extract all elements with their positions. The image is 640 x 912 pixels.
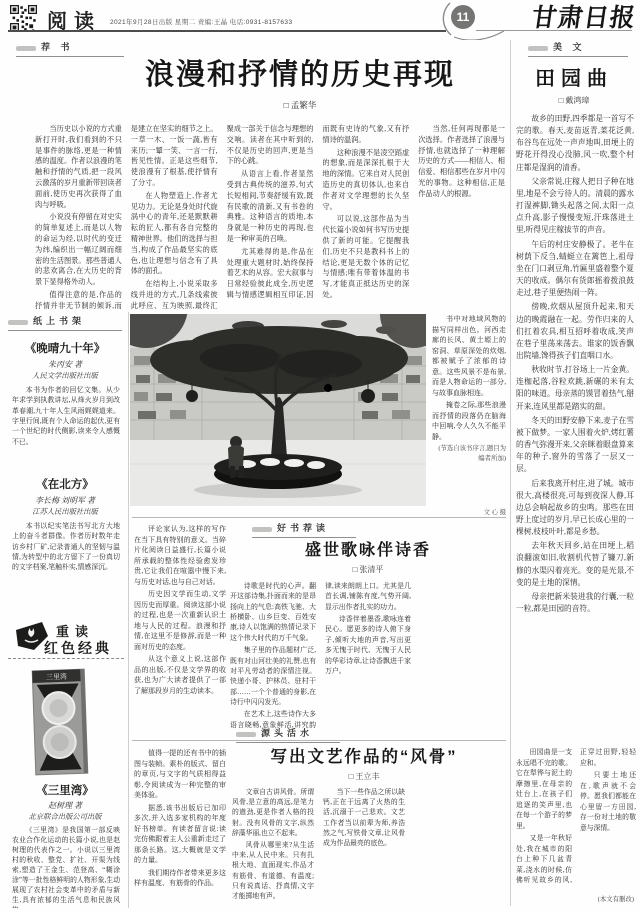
paragraph: 据悉,该书出版后已加印多次,并入选多家机构的年度好书榜单。有读者留言说:读完仿佛… [134,803,226,866]
label-dash [8,320,28,325]
paragraph: 当然,任何再现都是一次选择。作者选择了浪漫与抒情,也就选择了一种理解历史的方式—… [418,124,505,200]
book2-author: 李长梅 刘明军 著 [8,495,122,506]
excerpt-note: (节选自该书序言,题目为编者所加) [432,444,506,463]
book2-desc-text: 本书以纪实笔法书写北方大地上的奋斗者群像。作者历时数年走访乡村厂矿,记录普通人的… [12,522,120,574]
book2-publisher: 江苏人民出版社出版 [8,507,122,517]
left-rail-divider [128,312,129,908]
main-byline: □ 孟繁华 [120,99,480,111]
paragraph: 小说没有停留在对史实的简单复述上,而是以人物的命运为经,以时代的变迁为纬,编织出… [35,212,122,288]
book1-publisher: 人民文学出版社出版 [8,371,122,381]
section-label-yuantou: 源头活水 [236,726,340,743]
book1-author: 朱丙安 著 [8,359,122,370]
paragraph: 诗香伴着墨香,歌咏连着民心。愿更多的诗人俯下身子,倾听大地的声音,写出更多无愧于… [325,615,411,677]
page-number-badge: 11 [451,5,475,29]
paragraph: 只要土地还在,歌声就不会停。愿我们都能在心里留一方田园,存一份对土地的敬意与深情… [580,771,636,834]
main-article-body: 当历史以小说的方式重新打开时,我们看到的不只是事件的脉络,更是一种情感的温度。作… [35,124,505,312]
fenggu-body: 文章自古讲风骨。所谓风骨,是立意的高远,是笔力的遒劲,更是作者人格的投射。没有风… [232,788,496,906]
paragraph: 掩卷之际,那些浪漫而抒情的段落仍在脑海中回响,令人久久不能平静。 [432,400,506,442]
paragraph: 去年秋天回乡,站在田埂上,稻浪翻滚如旧,收割机代替了镰刀,新修的水渠闪着亮光。变… [516,540,634,589]
label-dash [236,732,256,737]
red-classic-label-2: 红色经典 [44,638,112,658]
paragraph: 父亲常说,庄稼人把日子种在地里,地是不会亏待人的。清晨的露水打湿裤脚,锄头起落之… [516,176,634,237]
label-text: 好书荐读 [277,521,329,534]
book2-desc: 本书以纪实笔法书写北方大地上的奋斗者群像。作者历时数年走访乡村厂矿,记录普通人的… [12,522,120,614]
paragraph: 故乡的田野,四季都是一首写不完的歌。春天,麦苗返青,菜花泛黄,布谷鸟在远处一声声… [516,113,634,174]
paragraph: 评论家认为,这样的写作在当下具有特别的意义。当碎片化阅读日益盛行,长篇小说所承载… [134,524,226,587]
red-classic-desc-text: 《三里湾》是我国第一部反映农业合作化运动的长篇小说,也是赵树理的代表作之一。小说… [12,826,120,908]
main-article-cont-col: 值得一提的还有书中的插图与装帧。素朴的版式、留白的章页,与文字的气质相得益彰,令… [134,748,226,906]
paragraph: 这种浪漫不是凌空蹈虚的想象,而是深深扎根于大地的深情。它来自对人民创造历史的真切… [322,148,409,213]
paragraph: 秋收时节,打谷场上一片金黄。连枷起落,谷粒欢跳,新碾的米有太阳的味道。母亲蒸的馍… [516,364,634,413]
red-classic-author: 赵树理 著 [8,800,122,811]
paragraph: 田园曲是一支永远唱不完的歌。它在犁铧与泥土的摩擦里,在母亲的灶台上,在孩子们追逐… [516,748,572,832]
book1-desc: 本书为作者的回忆文集。从少年求学到执教讲坛,从烽火岁月到改革春潮,九十年人生风雨… [12,386,120,468]
review-byline: □ 张清平 [230,564,506,575]
paragraph: 文章自古讲风骨。所谓风骨,是立意的高远,是笔力的遒劲,更是作者人格的投射。没有风… [232,788,314,839]
mid-rule [132,517,506,518]
photo-caption: 文 心 摄 [388,507,506,516]
dateline: 2021年9月28日出版 星期二 责编:王晶 电话:0931-8157633 [110,17,292,26]
newspaper-page: 阅读 2021年9月28日出版 星期二 责编:王晶 电话:0931-815763… [0,0,640,912]
header-rule-left [8,30,446,32]
label-text: 源头活水 [261,726,313,739]
paragraph: 后来我离开村庄,进了城。城市很大,高楼很亮,可每到夜深人静,耳边总会响起故乡的虫… [516,478,634,539]
paragraph: 历史因文学而生动,文学因历史而厚重。阅读这部小说的过程,也是一次重新认识土地与人… [134,589,226,652]
paragraph: 可以说,这部作品为当代长篇小说如何书写历史提供了新的可能。它提醒我们,历史不只是… [322,214,409,300]
svg-text:三里湾: 三里湾 [46,672,67,682]
main-headline: 浪漫和抒情的历史再现 [120,52,480,93]
paragraph: 母亲把新米装进我的行囊,一粒一粒,都是田园的音符。 [516,591,634,615]
masthead-logo: 甘肃日报 [529,0,638,34]
main-article-side-col: 书中对地域风物的描写同样出色。河西走廊的长风、黄土塬上的窑洞、草原深处的炊烟,都… [432,314,506,502]
essay-end-note: (本文有删改) [516,894,634,903]
paragraph: 值得一提的还有书中的插图与装帧。素朴的版式、留白的章页,与文字的气质相得益彰,令… [134,748,226,801]
paragraph: 集子里的作品题材广泛,既有对山河壮美的礼赞,也有对平凡劳动者的深情注视。快递小哥… [230,646,316,708]
red-classic-desc: 《三里湾》是我国第一部反映农业合作化运动的长篇小说,也是赵树理的代表作之一。小说… [12,826,120,908]
paragraph: 书中对地域风物的描写同样出色。河西走廊的长风、黄土塬上的窑洞、草原深处的炊烟,都… [432,314,506,398]
paragraph: 在人物塑造上,作者尤见功力。无论是身处时代旋涡中心的青年,还是默默耕耘的匠人,都… [131,191,218,277]
book1-title: 《晚晴九十年》 [8,340,122,356]
essay-body-bottom: 田园曲是一支永远唱不完的歌。它在犁铧与泥土的摩擦里,在母亲的灶台上,在孩子们追逐… [516,748,636,892]
paragraph: 我们期待作者带来更多这样有温度、有筋骨的作品。 [134,868,226,889]
label-text: 荐 书 [41,40,74,53]
book2-title: 《在北方》 [8,476,122,492]
library-tree-photo [130,314,426,506]
label-dash [16,46,36,51]
paragraph: 当历史以小说的方式重新打开时,我们看到的不只是事件的脉络,更是一种情感的温度。作… [35,124,122,210]
right-column-divider [510,40,511,906]
section-label-zhishang: 纸上书架 [8,314,122,331]
fenggu-headline: 写出文艺作品的“风骨” [232,743,496,767]
label-text: 美 文 [553,40,586,53]
paragraph: 从语言上看,作者显然受到古典传统的滋养,句式长短相间,节奏舒缓有致,既有民歌的清… [227,169,314,245]
paragraph: 傍晚,炊烟从屋顶升起来,和天边的晚霞融在一起。劳作归来的人们扛着农具,相互招呼着… [516,301,634,362]
red-classic-publisher: 北京联合出版公司出版 [8,812,122,822]
section-label-meiwen: 美 文 [528,40,628,57]
section-label-jianshu: 荐 书 [16,40,124,57]
review-headline: 盛世歌咏伴诗香 [230,537,506,560]
paragraph: 当下一些作品之所以缺钙,正在于远离了火热的生活,沉溺于一己悲欢。文艺工作者当以前… [323,788,405,849]
paragraph: 诗歌是时代的心声。翻开这部诗集,扑面而来的是昂扬向上的气息:高铁飞驰、大桥横卧、… [230,582,316,644]
side-paragraphs: 书中对地域风物的描写同样出色。河西走廊的长风、黄土塬上的窑洞、草原深处的炊烟,都… [432,314,506,442]
main-article-under-col: 评论家认为,这样的写作在当下具有特别的意义。当碎片化阅读日益盛行,长篇小说所承载… [134,524,226,736]
label-dash [528,46,548,51]
essay-byline: □ 戴鸿璋 [514,95,634,106]
qr-code [10,5,37,32]
book1-desc-text: 本书为作者的回忆文集。从少年求学到执教讲坛,从烽火岁月到改革春潮,九十年人生风雨… [12,386,120,448]
section-label-haoshu: 好书荐读 [252,521,356,538]
paragraph: 冬天的田野安静下来,麦子在雪被下做梦。一家人围着火炉,烤红薯的香气弥漫开来,父亲… [516,415,634,476]
paragraph: 从这个意义上说,这部作品的出版,不仅是文学界的收获,也为广大读者提供了一部了解那… [134,654,226,696]
review-body: 诗歌是时代的心声。翻开这部诗集,扑面而来的是昂扬向上的气息:高铁飞驰、大桥横卧、… [230,582,506,736]
label-dash [252,527,272,532]
sanliwan-book-cover: 三里湾 [30,667,92,777]
essay-headline: 田园曲 [514,62,634,91]
essay-body: 故乡的田野,四季都是一首写不完的歌。春天,麦苗返青,菜花泛黄,布谷鸟在远处一声声… [516,113,634,737]
paragraph: 风骨从哪里来?从生活中来,从人民中来。只有扎根大地、直面现实,作品才有筋骨、有道… [232,841,314,902]
red-classic-underline [8,658,124,659]
paragraph: 午后的村庄安静极了。老牛在树荫下反刍,蜻蜓立在篱笆上,祖母坐在门口剥豆角,竹匾里… [516,239,634,300]
label-text: 纸上书架 [33,314,85,327]
red-classic-title: 《三里湾》 [8,782,122,798]
fenggu-byline: □ 王立丰 [232,771,496,782]
